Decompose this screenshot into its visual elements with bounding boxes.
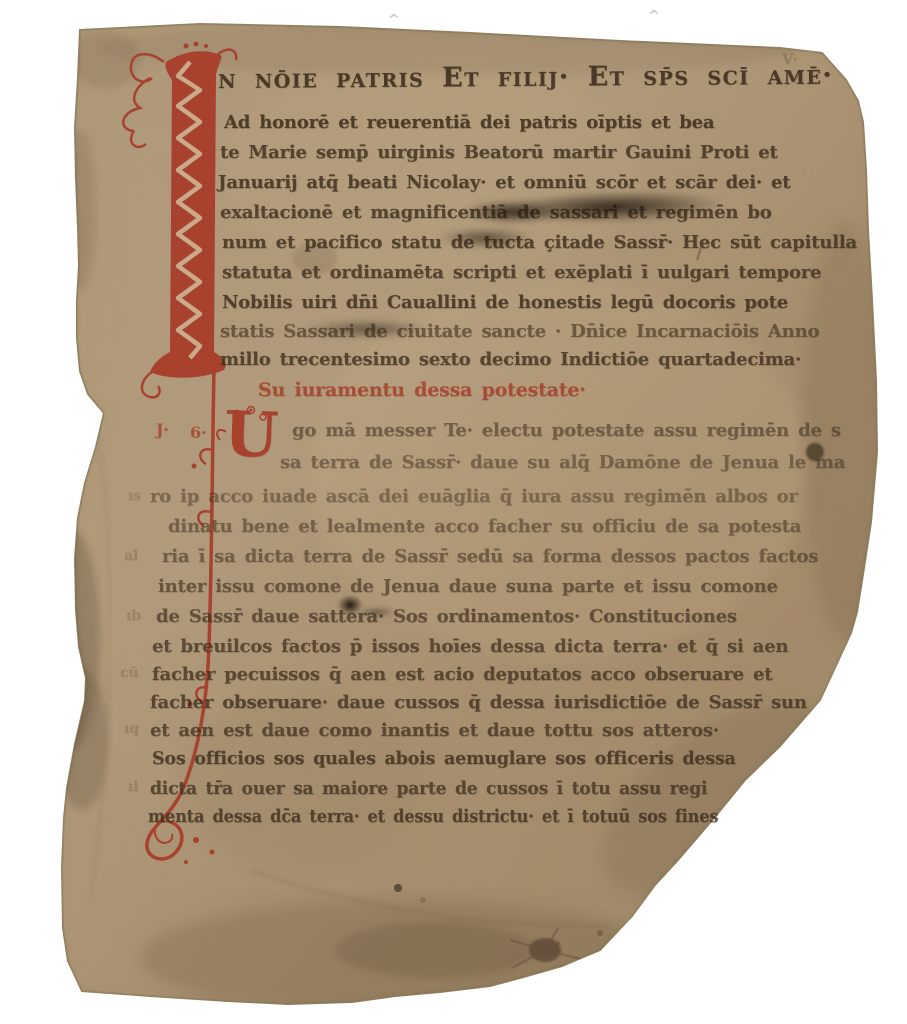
parchment-texture — [0, 0, 907, 1024]
parchment-page — [0, 0, 907, 1024]
manuscript-photo: n nōie patris Et filij· Et sp̄s scī amē·… — [0, 0, 907, 1024]
